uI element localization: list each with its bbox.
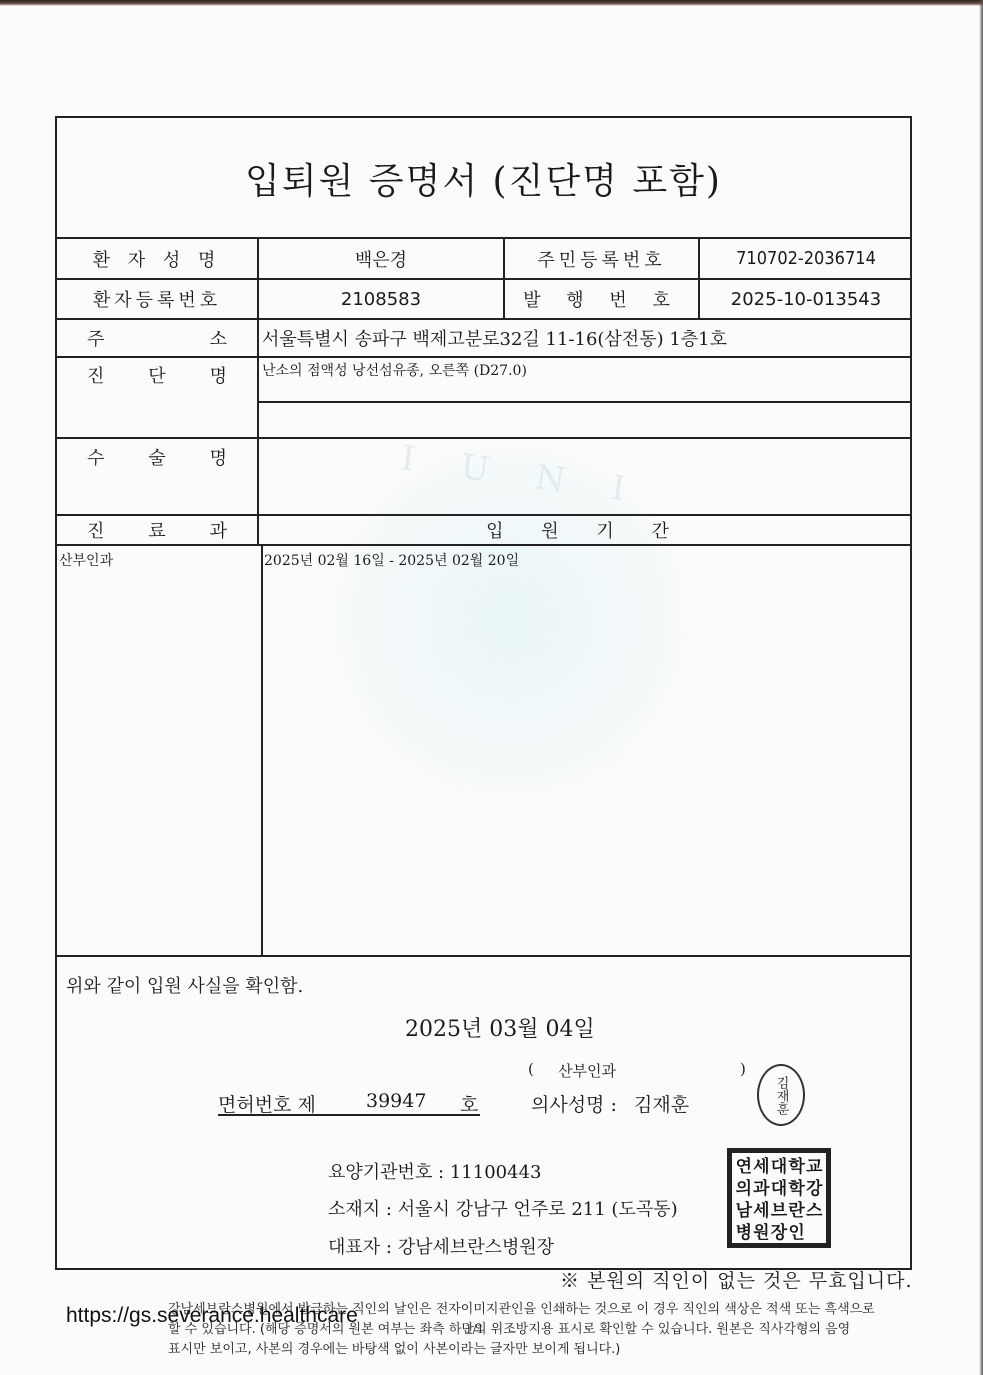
surgery-label-char: 명 bbox=[210, 444, 227, 470]
patient-reg-no: 2108583 bbox=[259, 280, 503, 318]
page-indicator: 1/1 bbox=[465, 1322, 484, 1336]
surgery-label: 수 술 명 bbox=[57, 442, 257, 472]
diagnosis-label: 진 단 명 bbox=[57, 360, 257, 390]
footer-notice-line: 표시만 보이고, 사본의 경우에는 바탕색 없이 사본이라는 글자만 보이게 됩… bbox=[168, 1340, 620, 1359]
seal-char: 원 bbox=[753, 1222, 771, 1244]
document-title: 입퇴원 증명서 (진단명 포함) bbox=[55, 118, 912, 238]
divider bbox=[55, 544, 912, 546]
official-seal-icon: 연세대학교의과대학강남세브란스병원장인 bbox=[727, 1148, 831, 1248]
location-line: 소재지 : 서울시 강남구 언주로 211 (도곡동) bbox=[328, 1195, 678, 1221]
institution-code-label: 요양기관번호 : bbox=[328, 1162, 444, 1183]
patient-name: 백은경 bbox=[259, 239, 503, 278]
institution-code: 11100443 bbox=[450, 1162, 542, 1183]
location: 서울시 강남구 언주로 211 (도곡동) bbox=[398, 1199, 678, 1220]
seal-char: 인 bbox=[788, 1222, 806, 1244]
resident-no-label: 주민등록번호 bbox=[505, 239, 698, 278]
diagnosis-label-char: 명 bbox=[210, 362, 227, 388]
surgery-label-char: 수 bbox=[87, 444, 104, 470]
seal-char: 과 bbox=[753, 1178, 771, 1200]
divider bbox=[261, 544, 263, 956]
seal-char: 의 bbox=[735, 1178, 753, 1200]
seal-char: 교 bbox=[805, 1156, 823, 1178]
patient-name-label: 환 자 성 명 bbox=[57, 239, 257, 278]
resident-no: 710702-2036714 bbox=[700, 239, 912, 278]
seal-char: 세 bbox=[753, 1156, 771, 1178]
department: 산부인과 bbox=[59, 549, 249, 571]
invalid-notice: ※ 본원의 직인이 없는 것은 무효입니다. bbox=[560, 1266, 913, 1293]
issue-date: 2025년 03월 04일 bbox=[405, 1012, 595, 1043]
source-url[interactable]: https://gs.severance.healthcare bbox=[66, 1304, 358, 1328]
representative-label: 대표자 : bbox=[328, 1237, 392, 1258]
license-suffix: 호 bbox=[460, 1090, 478, 1117]
seal-char: 학 bbox=[788, 1178, 806, 1200]
surgery-label-char: 술 bbox=[148, 444, 165, 470]
issue-no-label: 발 행 번 호 bbox=[505, 280, 698, 318]
department-label: 진 료 과 bbox=[57, 516, 257, 544]
confirmation-text: 위와 같이 입원 사실을 확인함. bbox=[66, 972, 303, 998]
representative-line: 대표자 : 강남세브란스병원장 bbox=[328, 1233, 554, 1259]
license-number: 면허번호 제 39947 호 bbox=[218, 1090, 480, 1116]
license-no: 39947 bbox=[366, 1090, 426, 1112]
representative: 강남세브란스병원장 bbox=[398, 1237, 555, 1258]
doctor-name-label: 의사성명 : bbox=[531, 1090, 617, 1117]
seal-char: 대 bbox=[770, 1156, 788, 1178]
admission-period: 2025년 02월 16일 - 2025년 02월 20일 bbox=[264, 549, 864, 571]
institution-code-line: 요양기관번호 : 11100443 bbox=[328, 1158, 541, 1184]
diagnosis: 난소의 점액성 낭선섬유종, 오른쪽 (D27.0) bbox=[262, 359, 902, 381]
department-label-char: 과 bbox=[210, 517, 227, 543]
page-edge bbox=[979, 0, 983, 1375]
seal-char: 강 bbox=[805, 1178, 823, 1200]
divider bbox=[55, 955, 912, 957]
admission-period-label: 입 원 기 간 bbox=[259, 516, 912, 544]
seal-char: 란 bbox=[788, 1200, 806, 1222]
seal-char: 브 bbox=[770, 1200, 788, 1222]
seal-char: 학 bbox=[788, 1156, 806, 1178]
location-label: 소재지 : bbox=[328, 1199, 392, 1220]
diagnosis-label-char: 진 bbox=[87, 362, 104, 388]
seal-char: 남 bbox=[735, 1200, 753, 1222]
seal-char: 세 bbox=[753, 1200, 771, 1222]
divider bbox=[55, 437, 912, 439]
diagnosis-label-char: 단 bbox=[148, 362, 165, 388]
surgery bbox=[262, 442, 902, 472]
address-label-char: 소 bbox=[210, 325, 227, 351]
seal-char: 대 bbox=[770, 1178, 788, 1200]
doctor-department-open: ( bbox=[528, 1060, 534, 1078]
doctor-name: 김재훈 bbox=[634, 1090, 689, 1117]
seal-char: 연 bbox=[735, 1156, 753, 1178]
address-label-char: 주 bbox=[87, 325, 104, 351]
doctor-department: 산부인과 bbox=[558, 1060, 616, 1081]
seal-char: 스 bbox=[805, 1200, 823, 1222]
page-edge bbox=[0, 0, 983, 6]
seal-char: 병 bbox=[735, 1222, 753, 1244]
department-label-char: 료 bbox=[148, 517, 165, 543]
patient-reg-label: 환자등록번호 bbox=[57, 280, 257, 318]
doctor-department-close: ) bbox=[740, 1060, 746, 1078]
issue-no: 2025-10-013543 bbox=[700, 280, 912, 318]
license-label: 면허번호 제 bbox=[218, 1094, 316, 1116]
seal-char bbox=[805, 1222, 823, 1244]
divider bbox=[258, 401, 912, 403]
doctor-seal-icon: 김재훈 bbox=[757, 1064, 805, 1126]
divider bbox=[55, 356, 912, 358]
address: 서울특별시 송파구 백제고분로32길 11-16(삼전동) 1층1호 bbox=[262, 320, 902, 356]
address-label: 주 소 bbox=[57, 320, 257, 356]
department-label-char: 진 bbox=[87, 517, 104, 543]
seal-char: 장 bbox=[770, 1222, 788, 1244]
doctor-seal-text: 김재훈 bbox=[775, 1076, 788, 1115]
